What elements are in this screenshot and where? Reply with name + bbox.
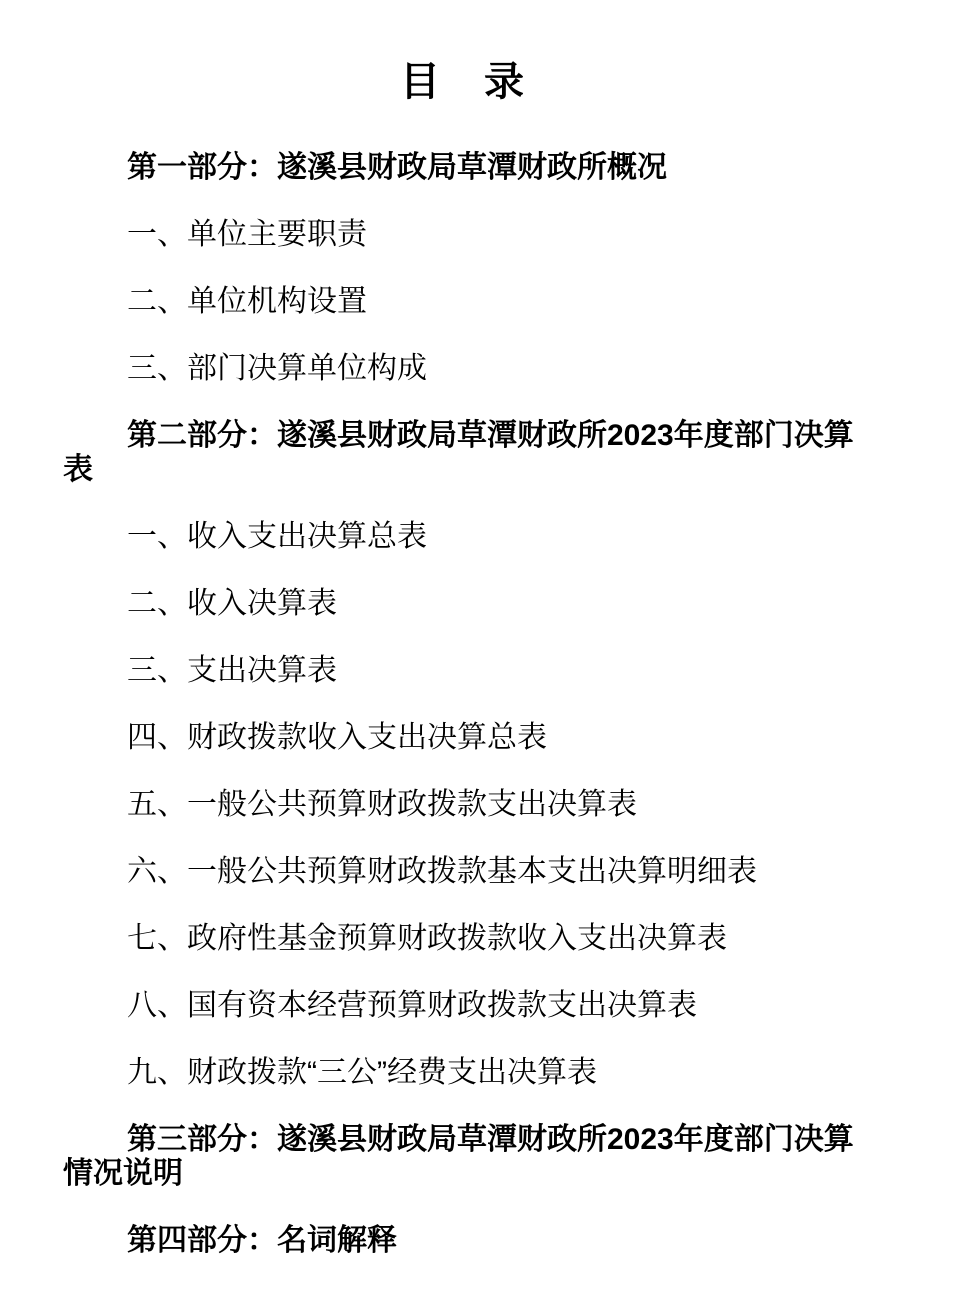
part-3-heading: 第三部分：遂溪县财政局草潭财政所2023年度部门决算 情况说明 xyxy=(63,1123,863,1191)
toc-item-part2-5: 五、一般公共预算财政拨款支出决算表 xyxy=(63,788,863,822)
part-2-heading: 第二部分：遂溪县财政局草潭财政所2023年度部门决算 表 xyxy=(63,419,863,487)
toc-item-part2-7: 七、政府性基金预算财政拨款收入支出决算表 xyxy=(63,922,863,956)
toc-item-part2-8: 八、国有资本经营预算财政拨款支出决算表 xyxy=(63,989,863,1023)
document-page: 目 录 第一部分：遂溪县财政局草潭财政所概况 一、单位主要职责 二、单位机构设置… xyxy=(0,0,973,1289)
toc-item-part2-2: 二、收入决算表 xyxy=(63,587,863,621)
toc-item-part1-3: 三、部门决算单位构成 xyxy=(63,352,863,386)
toc-item-part1-2: 二、单位机构设置 xyxy=(63,285,863,319)
toc-item-part2-1: 一、收入支出决算总表 xyxy=(63,520,863,554)
toc-title: 目 录 xyxy=(63,58,863,106)
toc-item-part2-6: 六、一般公共预算财政拨款基本支出决算明细表 xyxy=(63,855,863,889)
toc-item-part1-1: 一、单位主要职责 xyxy=(63,218,863,252)
part-4-heading: 第四部分：名词解释 xyxy=(63,1224,863,1258)
part-1-heading: 第一部分：遂溪县财政局草潭财政所概况 xyxy=(63,151,863,185)
toc-item-part2-9: 九、财政拨款“三公”经费支出决算表 xyxy=(63,1056,863,1090)
toc-item-part2-4: 四、财政拨款收入支出决算总表 xyxy=(63,721,863,755)
toc-item-part2-3: 三、支出决算表 xyxy=(63,654,863,688)
